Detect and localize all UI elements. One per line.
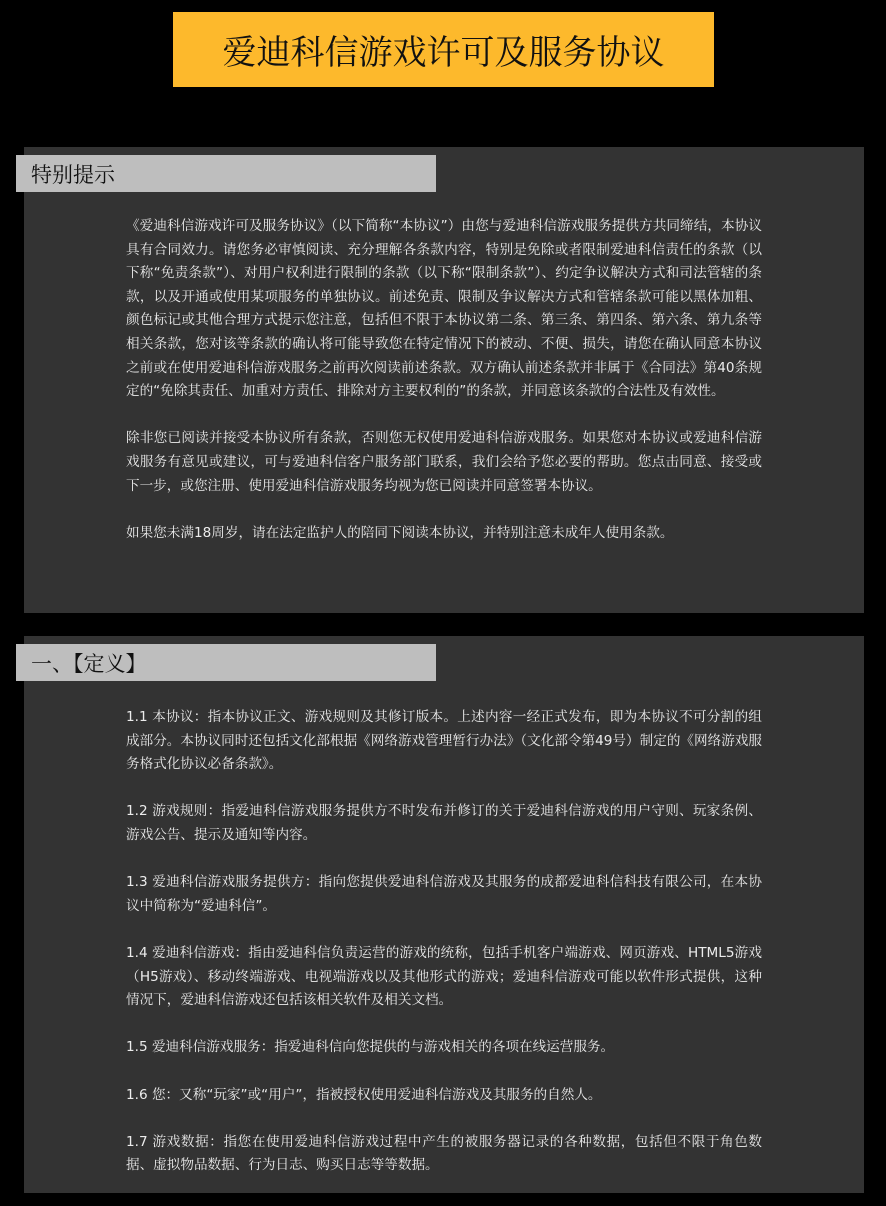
- section-heading-bar: 一、【定义】: [16, 644, 436, 681]
- definition-item: 1.7 游戏数据：指您在使用爱迪科信游戏过程中产生的被服务器记录的各种数据，包括…: [126, 1131, 762, 1178]
- page-title: 爱迪科信游戏许可及服务协议: [223, 25, 665, 74]
- section-special-notice: 特别提示 《爱迪科信游戏许可及服务协议》（以下简称“本协议”）由您与爱迪科信游戏…: [24, 147, 864, 613]
- section-heading: 一、【定义】: [16, 648, 147, 678]
- section-body: 1.1 本协议：指本协议正文、游戏规则及其修订版本。上述内容一经正式发布，即为本…: [126, 706, 762, 1178]
- paragraph: 如果您未满18周岁，请在法定监护人的陪同下阅读本协议，并特别注意未成年人使用条款…: [126, 522, 762, 546]
- definition-item: 1.2 游戏规则：指爱迪科信游戏服务提供方不时发布并修订的关于爱迪科信游戏的用户…: [126, 800, 762, 847]
- definition-item: 1.5 爱迪科信游戏服务：指爱迪科信向您提供的与游戏相关的各项在线运营服务。: [126, 1036, 762, 1060]
- page-title-banner: 爱迪科信游戏许可及服务协议: [173, 12, 714, 87]
- section-definitions: 一、【定义】 1.1 本协议：指本协议正文、游戏规则及其修订版本。上述内容一经正…: [24, 636, 864, 1193]
- paragraph: 除非您已阅读并接受本协议所有条款，否则您无权使用爱迪科信游戏服务。如果您对本协议…: [126, 427, 762, 498]
- definition-item: 1.3 爱迪科信游戏服务提供方：指向您提供爱迪科信游戏及其服务的成都爱迪科信科技…: [126, 871, 762, 918]
- section-heading: 特别提示: [16, 159, 115, 189]
- section-heading-bar: 特别提示: [16, 155, 436, 192]
- definition-item: 1.4 爱迪科信游戏：指由爱迪科信负责运营的游戏的统称，包括手机客户端游戏、网页…: [126, 942, 762, 1013]
- section-body: 《爱迪科信游戏许可及服务协议》（以下简称“本协议”）由您与爱迪科信游戏服务提供方…: [126, 215, 762, 545]
- definition-item: 1.1 本协议：指本协议正文、游戏规则及其修订版本。上述内容一经正式发布，即为本…: [126, 706, 762, 777]
- paragraph: 《爱迪科信游戏许可及服务协议》（以下简称“本协议”）由您与爱迪科信游戏服务提供方…: [126, 215, 762, 404]
- definition-item: 1.6 您：又称“玩家”或“用户”，指被授权使用爱迪科信游戏及其服务的自然人。: [126, 1084, 762, 1108]
